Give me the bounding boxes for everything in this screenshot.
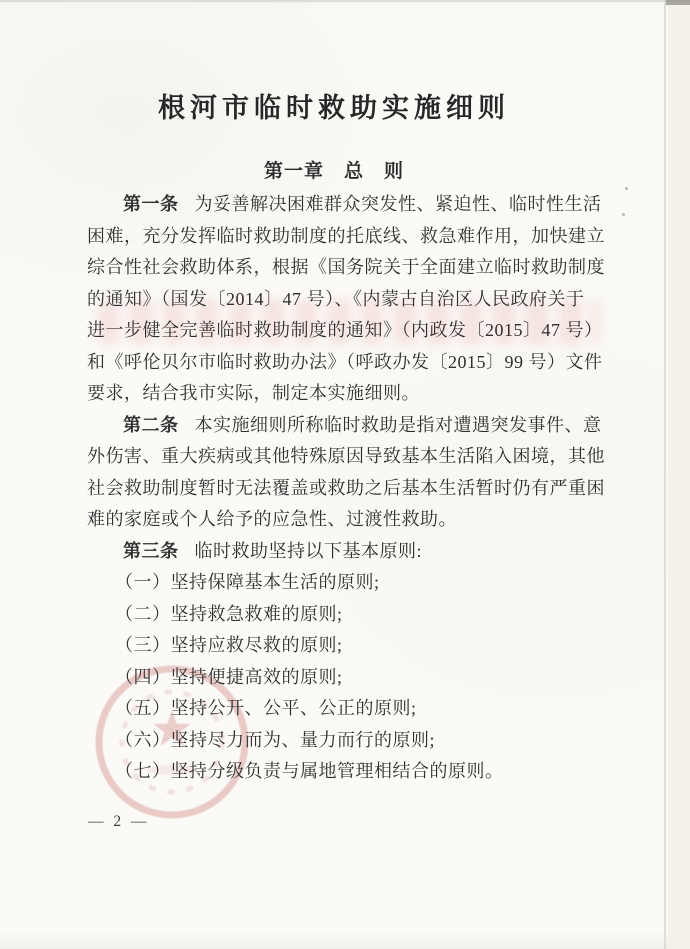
- body-line: 难的家庭或个人给予的应急性、过渡性救助。: [87, 504, 613, 536]
- body-line: 的通知》（国发〔2014〕47 号）、《内蒙古自治区人民政府关于: [87, 284, 613, 316]
- list-item: （三）坚持应救尽救的原则;: [87, 630, 613, 662]
- body-line: 综合性社会救助体系，根据《国务院关于全面建立临时救助制度: [87, 252, 613, 284]
- line-text: （七）坚持分级负责与属地管理相结合的原则。: [115, 761, 504, 781]
- line-text: 本实施细则所称临时救助是指对遭遇突发事件、意: [195, 415, 602, 435]
- line-text: 社会救助制度暂时无法覆盖或救助之后基本生活暂时仍有严重困: [87, 478, 605, 498]
- line-text: 的通知》（国发〔2014〕47 号）、《内蒙古自治区人民政府关于: [87, 289, 585, 309]
- list-item: （六）坚持尽力而为、量力而行的原则;: [87, 725, 613, 757]
- scanned-document-page: 根河市临时救助实施细则 第一章 总 则 第一条为妥善解决困难群众突发性、紧迫性、…: [0, 0, 690, 949]
- line-text: 困难，充分发挥临时救助制度的托底线、救急难作用，加快建立: [87, 226, 605, 246]
- line-text: 临时救助坚持以下基本原则:: [195, 541, 423, 561]
- line-text: 进一步健全完善临时救助制度的通知》（内政发〔2015〕47 号）: [87, 320, 603, 340]
- line-text: （一）坚持保障基本生活的原则;: [115, 572, 380, 592]
- article-label: 第一条: [123, 194, 179, 214]
- document-body: 第一条为妥善解决困难群众突发性、紧迫性、临时性生活 困难，充分发挥临时救助制度的…: [87, 189, 613, 788]
- body-line: 和《呼伦贝尔市临时救助办法》（呼政办发〔2015〕99 号）文件: [87, 347, 613, 379]
- line-text: （五）坚持公开、公平、公正的原则;: [115, 698, 417, 718]
- body-line: 第三条临时救助坚持以下基本原则:: [87, 536, 613, 568]
- scan-speck: [622, 213, 625, 216]
- line-text: 要求，结合我市实际，制定本实施细则。: [87, 383, 420, 403]
- body-line: 第一条为妥善解决困难群众突发性、紧迫性、临时性生活: [87, 189, 613, 221]
- page-number: — 2 —: [88, 813, 150, 831]
- chapter-heading: 第一章 总 则: [0, 156, 668, 183]
- line-text: （三）坚持应救尽救的原则;: [115, 635, 343, 655]
- list-item: （七）坚持分级负责与属地管理相结合的原则。: [87, 756, 613, 788]
- line-text: （四）坚持便捷高效的原则;: [115, 667, 343, 687]
- line-text: （六）坚持尽力而为、量力而行的原则;: [115, 730, 435, 750]
- list-item: （二）坚持救急救难的原则;: [87, 599, 613, 631]
- line-text: 外伤害、重大疾病或其他特殊原因导致基本生活陷入困境，其他: [87, 446, 605, 466]
- article-label: 第三条: [123, 541, 179, 561]
- body-line: 外伤害、重大疾病或其他特殊原因导致基本生活陷入困境，其他: [87, 441, 613, 473]
- body-line: 社会救助制度暂时无法覆盖或救助之后基本生活暂时仍有严重困: [87, 473, 613, 505]
- body-line: 要求，结合我市实际，制定本实施细则。: [87, 378, 613, 410]
- body-line: 第二条本实施细则所称临时救助是指对遭遇突发事件、意: [87, 410, 613, 442]
- list-item: （五）坚持公开、公平、公正的原则;: [87, 693, 613, 725]
- line-text: 综合性社会救助体系，根据《国务院关于全面建立临时救助制度: [87, 257, 605, 277]
- body-line: 进一步健全完善临时救助制度的通知》（内政发〔2015〕47 号）: [87, 315, 613, 347]
- line-text: 为妥善解决困难群众突发性、紧迫性、临时性生活: [195, 194, 602, 214]
- line-text: 和《呼伦贝尔市临时救助办法》（呼政办发〔2015〕99 号）文件: [87, 352, 603, 372]
- scan-corner-mark: [666, 0, 690, 5]
- body-line: 困难，充分发挥临时救助制度的托底线、救急难作用，加快建立: [87, 221, 613, 253]
- scan-edge-strip: [668, 0, 690, 949]
- scan-top-edge: [0, 0, 690, 2]
- scan-edge-line: [664, 0, 666, 949]
- line-text: （二）坚持救急救难的原则;: [115, 604, 343, 624]
- line-text: 难的家庭或个人给予的应急性、过渡性救助。: [87, 509, 457, 529]
- scan-speck: [625, 187, 628, 190]
- list-item: （一）坚持保障基本生活的原则;: [87, 567, 613, 599]
- article-label: 第二条: [123, 415, 179, 435]
- document-title: 根河市临时救助实施细则: [0, 86, 668, 125]
- list-item: （四）坚持便捷高效的原则;: [87, 662, 613, 694]
